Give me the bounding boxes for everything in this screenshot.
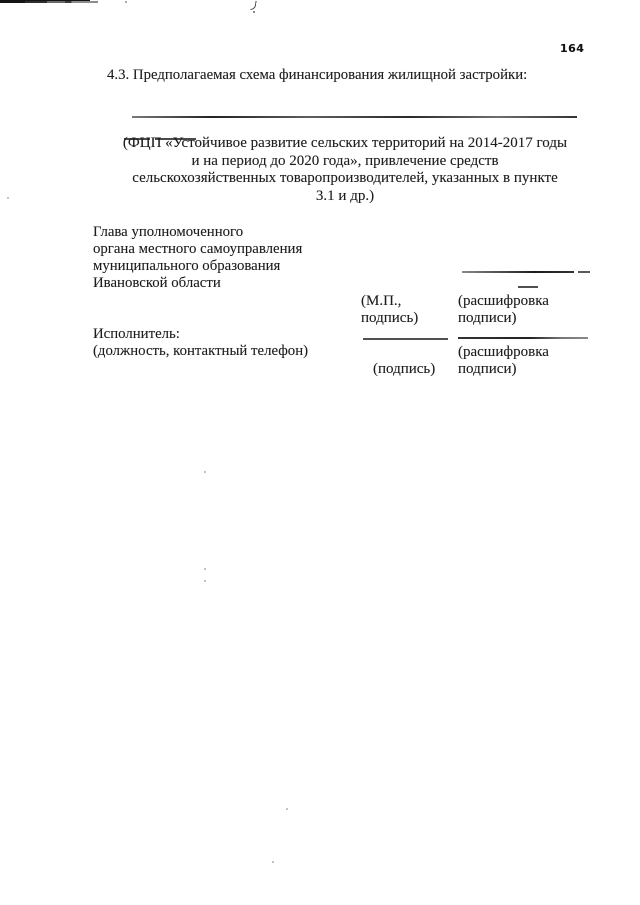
signature-line-segment: [578, 271, 590, 273]
document-page: 164 4.3. Предполагаемая схема финансиров…: [0, 0, 640, 905]
caption-paragraph: (ФЦП «Устойчивое развитие сельских терри…: [95, 135, 595, 205]
scan-speck: [253, 11, 255, 13]
decipher-caption-line: подписи): [458, 361, 549, 378]
scan-speck: [204, 471, 206, 473]
scan-artifact-j-mark: [250, 1, 256, 10]
scan-speck: [286, 808, 288, 810]
signatory-line: Глава уполномоченного: [93, 224, 302, 241]
section-heading: 4.3. Предполагаемая схема финансирования…: [107, 67, 527, 84]
caption-line: сельскохозяйственных товаропроизводителе…: [95, 170, 595, 188]
signatory-line: органа местного самоуправления: [93, 241, 302, 258]
executor-note: (должность, контактный телефон): [93, 343, 308, 360]
scan-speck: [7, 197, 9, 199]
executor-label: Исполнитель:: [93, 326, 308, 343]
executor-block: Исполнитель: (должность, контактный теле…: [93, 326, 308, 360]
signature-line: [458, 337, 588, 339]
decipher-caption-line: подписи): [458, 310, 549, 327]
caption-line: (ФЦП «Устойчивое развитие сельских терри…: [95, 135, 595, 153]
decipher-caption-1: (расшифровка подписи): [458, 293, 549, 327]
scan-artifact-line: [25, 1, 98, 3]
stamp-signature-caption: (М.П., подпись): [361, 293, 418, 327]
decipher-caption-line: (расшифровка: [458, 293, 549, 310]
signature-caption: (подпись): [373, 361, 435, 378]
blank-fill-line: [132, 116, 577, 118]
stamp-caption-line: (М.П.,: [361, 293, 418, 310]
signatory-line: муниципального образования: [93, 258, 302, 275]
scan-speck: [204, 580, 206, 582]
decipher-caption-line: (расшифровка: [458, 344, 549, 361]
stamp-caption-line: подпись): [361, 310, 418, 327]
caption-line: и на период до 2020 года», привлечение с…: [95, 153, 595, 171]
signature-line: [363, 338, 448, 340]
scan-speck: [204, 568, 206, 570]
caption-line: 3.1 и др.): [95, 188, 595, 206]
page-number: 164: [560, 42, 584, 55]
signatory-title-block: Глава уполномоченного органа местного са…: [93, 224, 302, 292]
signature-line-segment: [518, 286, 538, 288]
decipher-caption-2: (расшифровка подписи): [458, 344, 549, 378]
signature-line: [462, 271, 574, 273]
signatory-line: Ивановской области: [93, 275, 302, 292]
scan-speck: [272, 861, 274, 863]
scan-speck: [125, 1, 127, 3]
